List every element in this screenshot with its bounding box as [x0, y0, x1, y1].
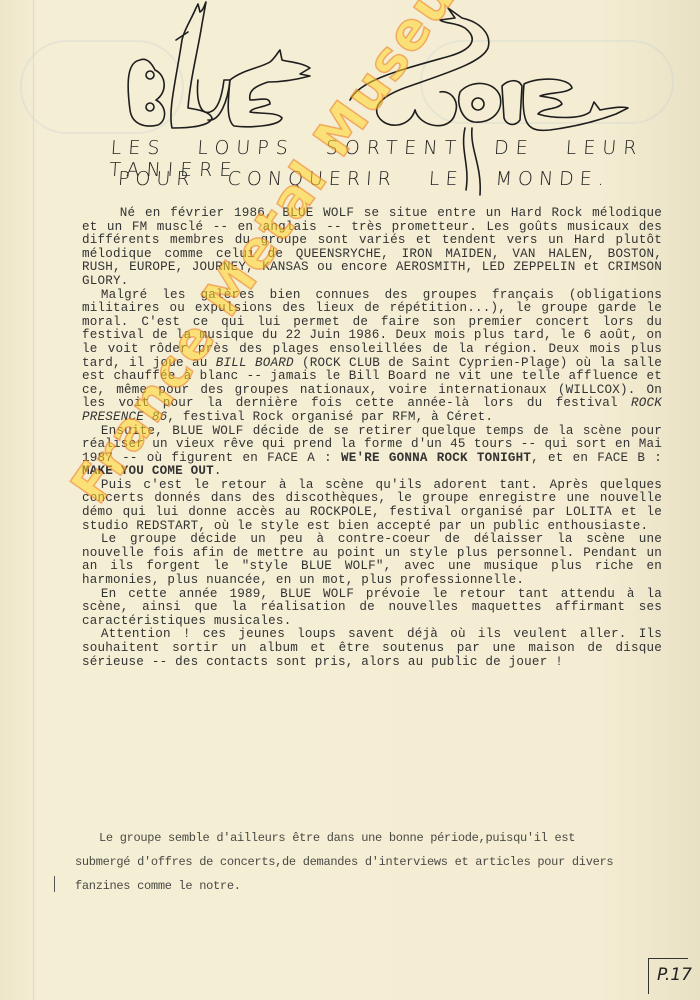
article-paragraph: Ensuite, BLUE WOLF décide de se retirer … [82, 425, 662, 479]
venue-name: BILL BOARD [216, 356, 294, 370]
scanned-page: LES LOUPS SORTENT DE LEUR TANIERE POUR C… [0, 0, 700, 1000]
article-paragraph: En cette année 1989, BLUE WOLF prévoie l… [82, 588, 662, 629]
editor-note: Le groupe semble d'ailleurs être dans un… [75, 826, 635, 898]
article-paragraph: Né en février 1986, BLUE WOLF se situe e… [82, 207, 662, 289]
paragraph-text: , festival Rock organisé par RFM, à Cére… [167, 410, 493, 424]
editor-note-text: Le groupe semble d'ailleurs être dans un… [75, 826, 635, 898]
article-paragraph: Attention ! ces jeunes loups savent déjà… [82, 628, 662, 669]
paragraph-text: , et en FACE B : [531, 451, 662, 465]
page-fold-line [33, 0, 34, 1000]
page-number: P.17 [648, 958, 688, 994]
paragraph-text: . [214, 464, 222, 478]
article-paragraph: Puis c'est le retour à la scène qu'ils a… [82, 479, 662, 533]
single-face-a-title: WE'RE GONNA ROCK TONIGHT [341, 451, 531, 465]
tagline-line-2: POUR CONQUERIR LE MONDE. [117, 168, 610, 190]
article-body: Né en février 1986, BLUE WOLF se situe e… [82, 207, 662, 669]
article-paragraph: Malgré les galères bien connues des grou… [82, 289, 662, 425]
margin-mark [54, 876, 55, 892]
single-face-b-title: MAKE YOU COME OUT [82, 464, 214, 478]
article-paragraph: Le groupe décide un peu à contre-coeur d… [82, 533, 662, 587]
